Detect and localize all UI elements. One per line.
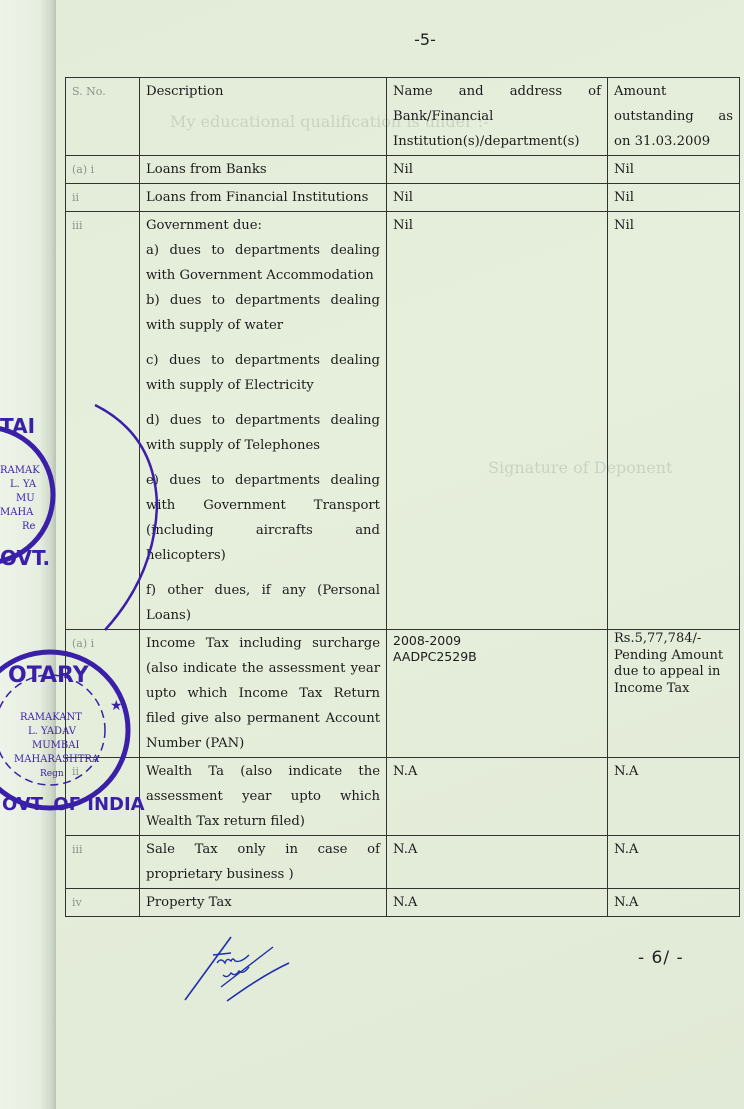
table-row: iii Sale Tax only in case of proprietary… (66, 836, 740, 889)
next-page-marker: - 6/ - (638, 948, 684, 968)
row-name-address: Nil (387, 212, 608, 630)
row-name-address: N.A (387, 889, 608, 917)
row-description: Sale Tax only in case of proprietary bus… (140, 836, 387, 889)
stamp-arc-icon (85, 395, 165, 635)
row-description-government-due: Government due: a) dues to departments d… (140, 212, 387, 630)
column-header-sno: S. No. (66, 78, 140, 156)
row-sno: ii (66, 184, 140, 212)
row-description: Loans from Financial Institutions (140, 184, 387, 212)
svg-text:MAHA: MAHA (0, 507, 34, 518)
row-amount: N.A (608, 836, 740, 889)
table-row: iii Government due: a) dues to departmen… (66, 212, 740, 630)
row-amount: N.A (608, 758, 740, 836)
government-due-title: Government due: (146, 213, 380, 238)
assessment-year: 2008-2009 (393, 633, 601, 649)
svg-text:L. YA: L. YA (10, 479, 37, 490)
svg-text:Regn: Regn (40, 769, 64, 779)
svg-text:OVT.: OVT. (0, 546, 50, 570)
government-due-item-a: a) dues to departments dealing with Gove… (146, 238, 380, 288)
row-amount: Nil (608, 184, 740, 212)
svg-text:MUMBAI: MUMBAI (32, 740, 79, 751)
government-due-item-c: c) dues to departments dealing with supp… (146, 348, 380, 398)
government-due-item-e: e) dues to departments dealing with Gove… (146, 468, 380, 568)
row-name-address: N.A (387, 836, 608, 889)
government-due-item-f: f) other dues, if any (Personal Loans) (146, 578, 380, 628)
row-amount: Nil (608, 156, 740, 184)
notary-stamp-bottom-icon: OTARY RAMAKANT L. YADAV MUMBAI MAHARASHT… (0, 640, 150, 820)
svg-text:OVT. OF INDIA: OVT. OF INDIA (2, 794, 145, 815)
svg-text:TAI: TAI (0, 414, 35, 438)
svg-text:MU: MU (16, 493, 35, 504)
row-name-address: N.A (387, 758, 608, 836)
table-row: (a) i Income Tax including surcharge (al… (66, 630, 740, 758)
row-sno: (a) i (66, 156, 140, 184)
svg-text:MAHARASHTRA: MAHARASHTRA (14, 754, 100, 765)
row-description: Income Tax including surcharge (also ind… (140, 630, 387, 758)
row-name-address: Nil (387, 156, 608, 184)
amount-value: Rs.5,77,784/- (614, 631, 733, 648)
row-sno: iii (66, 836, 140, 889)
column-header-description: Description (140, 78, 387, 156)
row-name-address: 2008-2009 AADPC2529B (387, 630, 608, 758)
table-row: (a) i Loans from Banks Nil Nil (66, 156, 740, 184)
column-header-name-address: Name and address of Bank/Financial Insti… (387, 78, 608, 156)
svg-text:RAMAKANT: RAMAKANT (20, 712, 82, 723)
row-description: Property Tax (140, 889, 387, 917)
svg-text:Re: Re (22, 521, 36, 532)
svg-text:RAMAK: RAMAK (0, 465, 40, 476)
table-row: ii Wealth Ta (also indicate the assessme… (66, 758, 740, 836)
amount-note: Pending Amount due to appeal in Income T… (614, 648, 733, 698)
table-row: iv Property Tax N.A N.A (66, 889, 740, 917)
svg-text:★: ★ (110, 698, 123, 714)
government-due-item-d: d) dues to departments dealing with supp… (146, 408, 380, 458)
svg-text:OTARY: OTARY (8, 663, 90, 688)
pan-number: AADPC2529B (393, 649, 601, 665)
row-amount: Rs.5,77,784/- Pending Amount due to appe… (608, 630, 740, 758)
row-description: Loans from Banks (140, 156, 387, 184)
liabilities-table: S. No. Description Name and address of B… (65, 77, 740, 917)
page-number: -5- (410, 30, 440, 49)
table-header-row: S. No. Description Name and address of B… (66, 78, 740, 156)
table-row: ii Loans from Financial Institutions Nil… (66, 184, 740, 212)
row-amount: N.A (608, 889, 740, 917)
row-amount: Nil (608, 212, 740, 630)
row-name-address: Nil (387, 184, 608, 212)
row-sno: iv (66, 889, 140, 917)
svg-text:L. YADAV: L. YADAV (28, 726, 77, 737)
government-due-item-b: b) dues to departments dealing with supp… (146, 288, 380, 338)
signature-icon (183, 935, 293, 1005)
row-description: Wealth Ta (also indicate the assessment … (140, 758, 387, 836)
notary-stamp-top-icon: TAI RAMAK L. YA MU MAHA Re OVT. (0, 395, 60, 595)
column-header-amount: Amount outstanding as on 31.03.2009 (608, 78, 740, 156)
